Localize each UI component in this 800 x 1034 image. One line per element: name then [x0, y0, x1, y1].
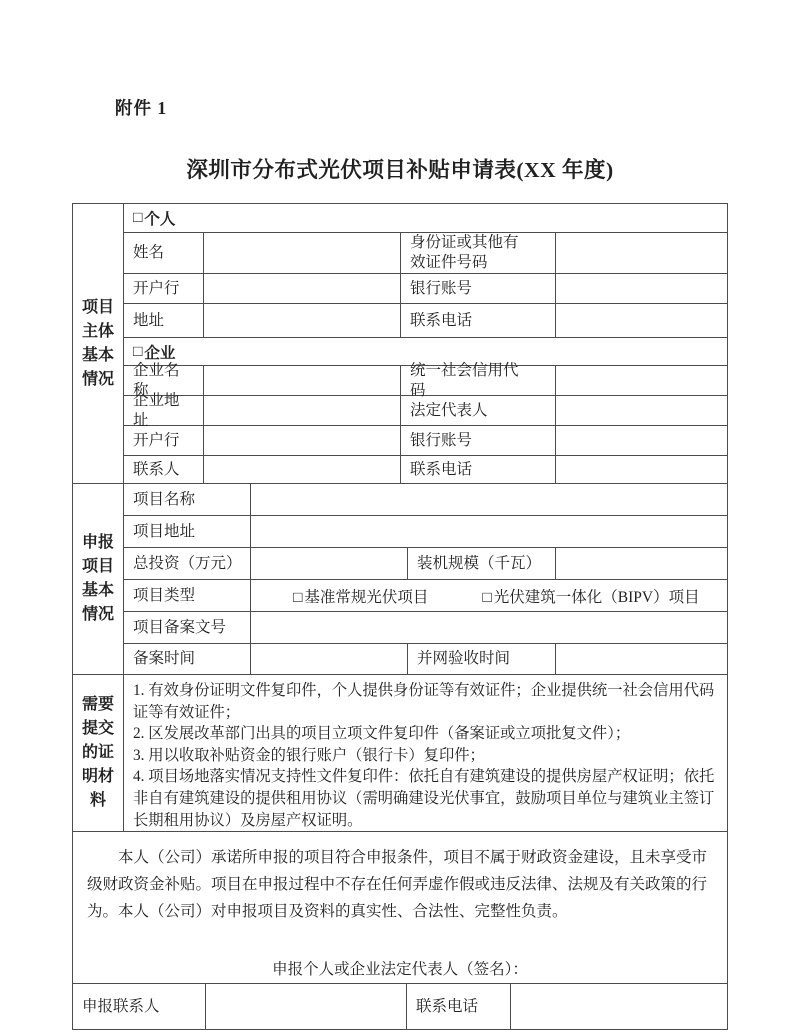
phone-value	[556, 456, 727, 483]
table-row: 企业名称 统一社会信用代码	[124, 366, 727, 396]
subject-section: 项目主体基本情况 □ 个人 姓名 身份证或其他有效证件号码 开户行 银行账号	[73, 204, 727, 484]
checkbox-icon: □	[293, 589, 302, 606]
company-address-value	[204, 396, 401, 425]
individual-group-label: 个人	[144, 207, 175, 229]
bank-branch-value	[204, 426, 401, 455]
table-row: 项目地址	[124, 516, 727, 548]
total-investment-label: 总投资（万元）	[124, 548, 251, 579]
table-row: 联系人 联系电话	[124, 456, 727, 483]
declaration-section: 本人（公司）承诺所申报的项目符合申报条件，项目不属于财政资金建设，且未享受市级财…	[73, 832, 727, 984]
app-phone-label: 联系电话	[407, 984, 511, 1029]
individual-group-row: □ 个人	[124, 204, 727, 233]
installed-capacity-value	[556, 548, 727, 579]
grid-acceptance-time-label: 并网验收时间	[408, 644, 556, 674]
bank-account-label: 银行账号	[401, 426, 556, 455]
form-title: 深圳市分布式光伏项目补贴申请表(XX 年度)	[0, 153, 800, 184]
company-name-value	[204, 366, 401, 395]
contact-person-value	[204, 456, 401, 483]
enterprise-group-label: 企业	[144, 341, 175, 363]
signature-label: 申报个人或企业法定代表人（签名）：	[73, 957, 727, 979]
attachment-label: 附件 1	[115, 95, 167, 120]
table-row: 项目备案文号	[124, 612, 727, 644]
project-type-options: □基准常规光伏项目 □光伏建筑一体化（BIPV）项目	[251, 580, 727, 611]
name-label: 姓名	[124, 233, 204, 273]
materials-item-1: 1. 有效身份证明文件复印件，个人提供身份证等有效证件；企业提供统一社会信用代码…	[133, 680, 718, 723]
phone-label: 联系电话	[401, 304, 556, 337]
checkbox-icon: □	[133, 343, 142, 361]
bank-branch-label: 开户行	[124, 274, 204, 303]
bank-account-label: 银行账号	[401, 274, 556, 303]
table-row: 开户行 银行账号	[124, 274, 727, 304]
legal-rep-label: 法定代表人	[401, 396, 556, 425]
declaration-text: 本人（公司）承诺所申报的项目符合申报条件，项目不属于财政资金建设，且未享受市级财…	[87, 844, 713, 925]
phone-value	[556, 304, 727, 337]
bank-branch-label: 开户行	[124, 426, 204, 455]
app-contact-label: 申报联系人	[73, 984, 206, 1029]
table-row: 企业地址 法定代表人	[124, 396, 727, 426]
project-section: 申报项目基本情况 项目名称 项目地址 总投资（万元） 装机规模（千瓦） 项目类型…	[73, 484, 727, 675]
credit-code-label: 统一社会信用代码	[401, 366, 556, 395]
project-address-label: 项目地址	[124, 516, 251, 547]
subject-section-header: 项目主体基本情况	[73, 204, 124, 483]
materials-item-3: 3. 用以收取补贴资金的银行账户（银行卡）复印件；	[133, 745, 718, 767]
contact-person-label: 联系人	[124, 456, 204, 483]
installed-capacity-label: 装机规模（千瓦）	[408, 548, 556, 579]
checkbox-icon: □	[482, 589, 491, 606]
table-row: 地址 联系电话	[124, 304, 727, 338]
project-section-header: 申报项目基本情况	[73, 484, 124, 674]
materials-item-4: 4. 项目场地落实情况支持性文件复印件：依托自有建筑建设的提供房屋产权证明；依托…	[133, 766, 718, 831]
grid-acceptance-time-value	[556, 644, 727, 674]
materials-list: 1. 有效身份证明文件复印件，个人提供身份证等有效证件；企业提供统一社会信用代码…	[124, 675, 727, 831]
credit-code-value	[556, 366, 727, 395]
bank-account-value	[556, 274, 727, 303]
individual-group-cell: □ 个人	[124, 204, 727, 232]
address-value	[204, 304, 401, 337]
table-row: 开户行 银行账号	[124, 426, 727, 456]
filing-time-label: 备案时间	[124, 644, 251, 674]
filing-number-value	[251, 612, 727, 643]
project-name-label: 项目名称	[124, 484, 251, 515]
filing-time-value	[251, 644, 408, 674]
total-investment-value	[251, 548, 408, 579]
project-address-value	[251, 516, 727, 547]
type-option-conventional: □基准常规光伏项目	[293, 585, 428, 607]
materials-item-2: 2. 区发展改革部门出具的项目立项文件复印件（备案证或立项批复文件）；	[133, 723, 718, 745]
project-type-row: 项目类型 □基准常规光伏项目 □光伏建筑一体化（BIPV）项目	[124, 580, 727, 612]
phone-label: 联系电话	[401, 456, 556, 483]
table-row: 姓名 身份证或其他有效证件号码	[124, 233, 727, 274]
id-number-value	[556, 233, 727, 273]
checkbox-icon: □	[133, 209, 142, 227]
id-number-label: 身份证或其他有效证件号码	[401, 233, 556, 273]
name-value	[204, 233, 401, 273]
project-type-label: 项目类型	[124, 580, 251, 611]
table-row: 备案时间 并网验收时间	[124, 644, 727, 674]
app-phone-value	[511, 984, 727, 1029]
materials-section-header: 需要提交的证明材料	[73, 675, 124, 831]
address-label: 地址	[124, 304, 204, 337]
application-form-table: 项目主体基本情况 □ 个人 姓名 身份证或其他有效证件号码 开户行 银行账号	[72, 203, 728, 1030]
company-address-label: 企业地址	[124, 396, 204, 425]
bank-account-value	[556, 426, 727, 455]
project-name-value	[251, 484, 727, 515]
app-contact-value	[206, 984, 407, 1029]
type-option-bipv: □光伏建筑一体化（BIPV）项目	[482, 585, 699, 607]
bank-branch-value	[204, 274, 401, 303]
type-option-bipv-label: 光伏建筑一体化（BIPV）项目	[494, 589, 700, 606]
filing-number-label: 项目备案文号	[124, 612, 251, 643]
type-option-conventional-label: 基准常规光伏项目	[304, 589, 428, 606]
table-row: 项目名称	[124, 484, 727, 516]
materials-section: 需要提交的证明材料 1. 有效身份证明文件复印件，个人提供身份证等有效证件；企业…	[73, 675, 727, 832]
legal-rep-value	[556, 396, 727, 425]
table-row: 总投资（万元） 装机规模（千瓦）	[124, 548, 727, 580]
footer-contact-row: 申报联系人 联系电话	[73, 984, 727, 1029]
